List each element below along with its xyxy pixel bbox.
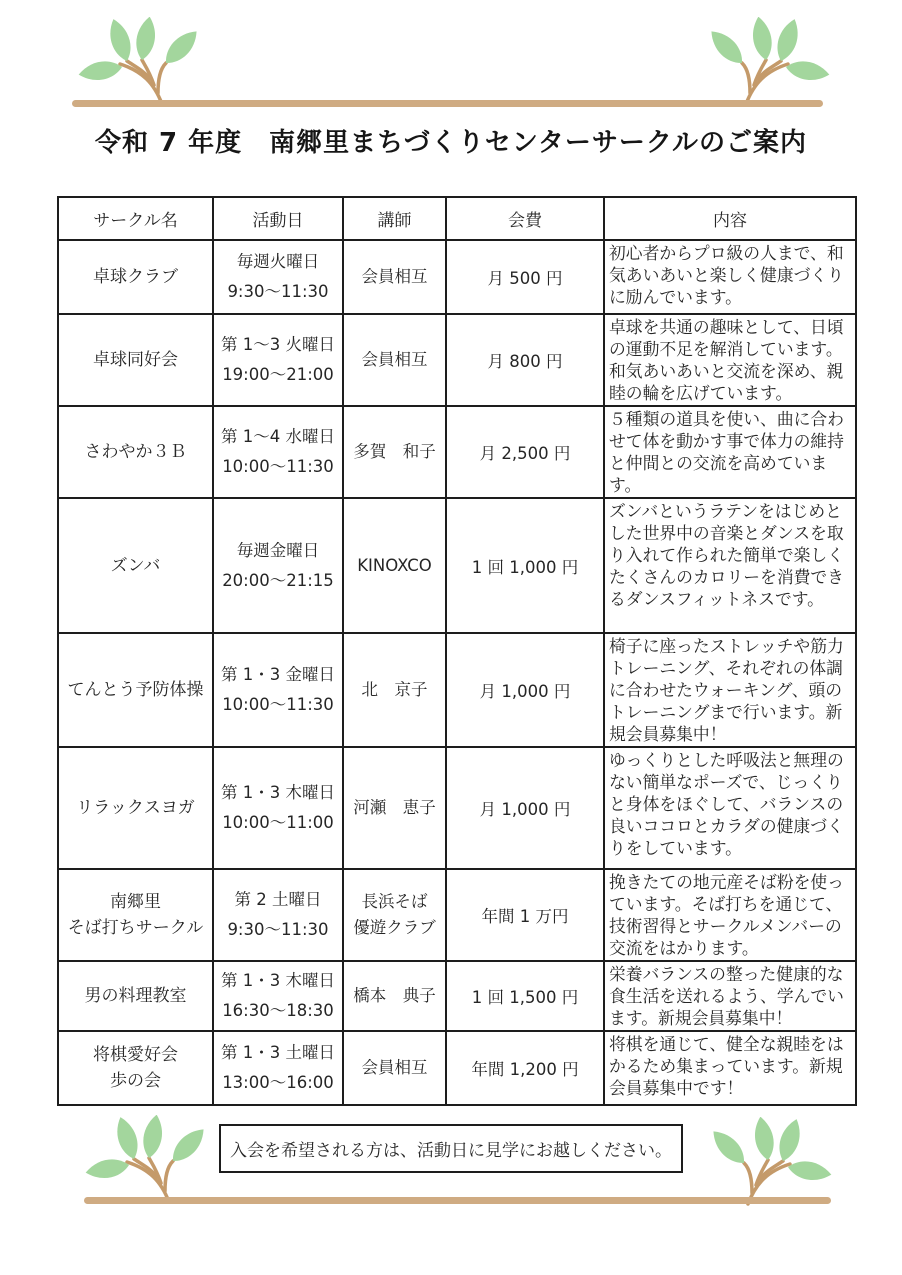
cell-fee: 月 1,000 円 bbox=[446, 633, 604, 747]
cell-activity-day: 毎週金曜日20:00～21:15 bbox=[213, 498, 343, 633]
column-header-description: 内容 bbox=[604, 197, 856, 240]
cell-circle-name: さわやか３Ｂ bbox=[58, 406, 213, 498]
cell-description: ズンバというラテンをはじめとした世界中の音楽とダンスを取り入れて作られた簡単で楽… bbox=[604, 498, 856, 633]
table-row: 将棋愛好会歩の会 第 1・3 土曜日13:00～16:00 会員相互 年間 1,… bbox=[58, 1031, 856, 1105]
cell-fee: 年間 1 万円 bbox=[446, 869, 604, 961]
cell-activity-day: 毎週火曜日9:30～11:30 bbox=[213, 240, 343, 314]
table-row: 男の料理教室 第 1・3 木曜日16:30～18:30 橋本 典子 1 回 1,… bbox=[58, 961, 856, 1031]
cell-activity-day: 第 1・3 木曜日10:00～11:00 bbox=[213, 747, 343, 869]
table-row: 南郷里そば打ちサークル 第 2 土曜日9:30～11:30 長浜そば優遊クラブ … bbox=[58, 869, 856, 961]
table-row: てんとう予防体操 第 1・3 金曜日10:00～11:30 北 京子 月 1,0… bbox=[58, 633, 856, 747]
cell-circle-name: 男の料理教室 bbox=[58, 961, 213, 1031]
cell-fee: 1 回 1,500 円 bbox=[446, 961, 604, 1031]
cell-activity-day: 第 2 土曜日9:30～11:30 bbox=[213, 869, 343, 961]
cell-fee: 年間 1,200 円 bbox=[446, 1031, 604, 1105]
cell-instructor: 会員相互 bbox=[343, 314, 446, 406]
column-header-activity-day: 活動日 bbox=[213, 197, 343, 240]
cell-circle-name: リラックスヨガ bbox=[58, 747, 213, 869]
leaf-sprig-top-left-icon bbox=[78, 17, 198, 107]
cell-fee: 月 800 円 bbox=[446, 314, 604, 406]
cell-instructor: KINOXCO bbox=[343, 498, 446, 633]
cell-description: 卓球を共通の趣味として、日頃の運動不足を解消しています。和気あいあいと交流を深め… bbox=[604, 314, 856, 406]
cell-description: 将棋を通じて、健全な親睦をはかるため集まっています。新規会員募集中です！ bbox=[604, 1031, 856, 1105]
leaf-sprig-top-right-icon bbox=[710, 17, 830, 107]
cell-activity-day: 第 1・3 土曜日13:00～16:00 bbox=[213, 1031, 343, 1105]
cell-instructor: 北 京子 bbox=[343, 633, 446, 747]
cell-instructor: 多賀 和子 bbox=[343, 406, 446, 498]
column-header-fee: 会費 bbox=[446, 197, 604, 240]
cell-circle-name: てんとう予防体操 bbox=[58, 633, 213, 747]
cell-activity-day: 第 1・3 金曜日10:00～11:30 bbox=[213, 633, 343, 747]
cell-instructor: 橋本 典子 bbox=[343, 961, 446, 1031]
cell-fee: 月 500 円 bbox=[446, 240, 604, 314]
circles-table: サークル名 活動日 講師 会費 内容 卓球クラブ 毎週火曜日9:30～11:30… bbox=[57, 196, 857, 1106]
column-header-circle-name: サークル名 bbox=[58, 197, 213, 240]
cell-description: ゆっくりとした呼吸法と無理のない簡単なポーズで、じっくりと身体をほぐして、バラン… bbox=[604, 747, 856, 869]
cell-activity-day: 第 1～3 火曜日19:00～21:00 bbox=[213, 314, 343, 406]
cell-fee: 月 2,500 円 bbox=[446, 406, 604, 498]
cell-circle-name: ズンバ bbox=[58, 498, 213, 633]
cell-circle-name: 将棋愛好会歩の会 bbox=[58, 1031, 213, 1105]
column-header-instructor: 講師 bbox=[343, 197, 446, 240]
table-header-row: サークル名 活動日 講師 会費 内容 bbox=[58, 197, 856, 240]
table-row: ズンバ 毎週金曜日20:00～21:15 KINOXCO 1 回 1,000 円… bbox=[58, 498, 856, 633]
cell-instructor: 会員相互 bbox=[343, 240, 446, 314]
page-title: 令和 7 年度 南郷里まちづくりセンターサークルのご案内 bbox=[0, 122, 902, 159]
leaf-sprig-bottom-right-icon bbox=[712, 1117, 832, 1207]
table-row: 卓球クラブ 毎週火曜日9:30～11:30 会員相互 月 500 円 初心者から… bbox=[58, 240, 856, 314]
flyer-page: { "page": { "title": "令和 7 年度 南郷里まちづくりセン… bbox=[0, 0, 902, 1275]
cell-activity-day: 第 1・3 木曜日16:30～18:30 bbox=[213, 961, 343, 1031]
cell-fee: 1 回 1,000 円 bbox=[446, 498, 604, 633]
table-row: さわやか３Ｂ 第 1～4 水曜日10:00～11:30 多賀 和子 月 2,50… bbox=[58, 406, 856, 498]
table-row: 卓球同好会 第 1～3 火曜日19:00～21:00 会員相互 月 800 円 … bbox=[58, 314, 856, 406]
cell-description: 栄養バランスの整った健康的な食生活を送れるよう、学んでいます。新規会員募集中！ bbox=[604, 961, 856, 1031]
leaf-sprig-bottom-left-icon bbox=[85, 1115, 205, 1205]
cell-activity-day: 第 1～4 水曜日10:00～11:30 bbox=[213, 406, 343, 498]
cell-fee: 月 1,000 円 bbox=[446, 747, 604, 869]
cell-circle-name: 南郷里そば打ちサークル bbox=[58, 869, 213, 961]
cell-circle-name: 卓球クラブ bbox=[58, 240, 213, 314]
admission-note: 入会を希望される方は、活動日に見学にお越しください。 bbox=[219, 1124, 683, 1173]
admission-note-text: 入会を希望される方は、活動日に見学にお越しください。 bbox=[230, 1136, 672, 1161]
cell-instructor: 長浜そば優遊クラブ bbox=[343, 869, 446, 961]
cell-description: 椅子に座ったストレッチや筋力トレーニング、それぞれの体調に合わせたウォーキング、… bbox=[604, 633, 856, 747]
top-divider-line bbox=[72, 100, 823, 107]
cell-instructor: 会員相互 bbox=[343, 1031, 446, 1105]
cell-description: 初心者からプロ級の人まで、和気あいあいと楽しく健康づくりに励んでいます。 bbox=[604, 240, 856, 314]
table-row: リラックスヨガ 第 1・3 木曜日10:00～11:00 河瀬 恵子 月 1,0… bbox=[58, 747, 856, 869]
bottom-divider-line bbox=[84, 1197, 831, 1204]
cell-description: 挽きたての地元産そば粉を使っています。そば打ちを通じて、技術習得とサークルメンバ… bbox=[604, 869, 856, 961]
cell-description: ５種類の道具を使い、曲に合わせて体を動かす事で体力の維持と仲間との交流を高めてい… bbox=[604, 406, 856, 498]
cell-circle-name: 卓球同好会 bbox=[58, 314, 213, 406]
cell-instructor: 河瀬 恵子 bbox=[343, 747, 446, 869]
